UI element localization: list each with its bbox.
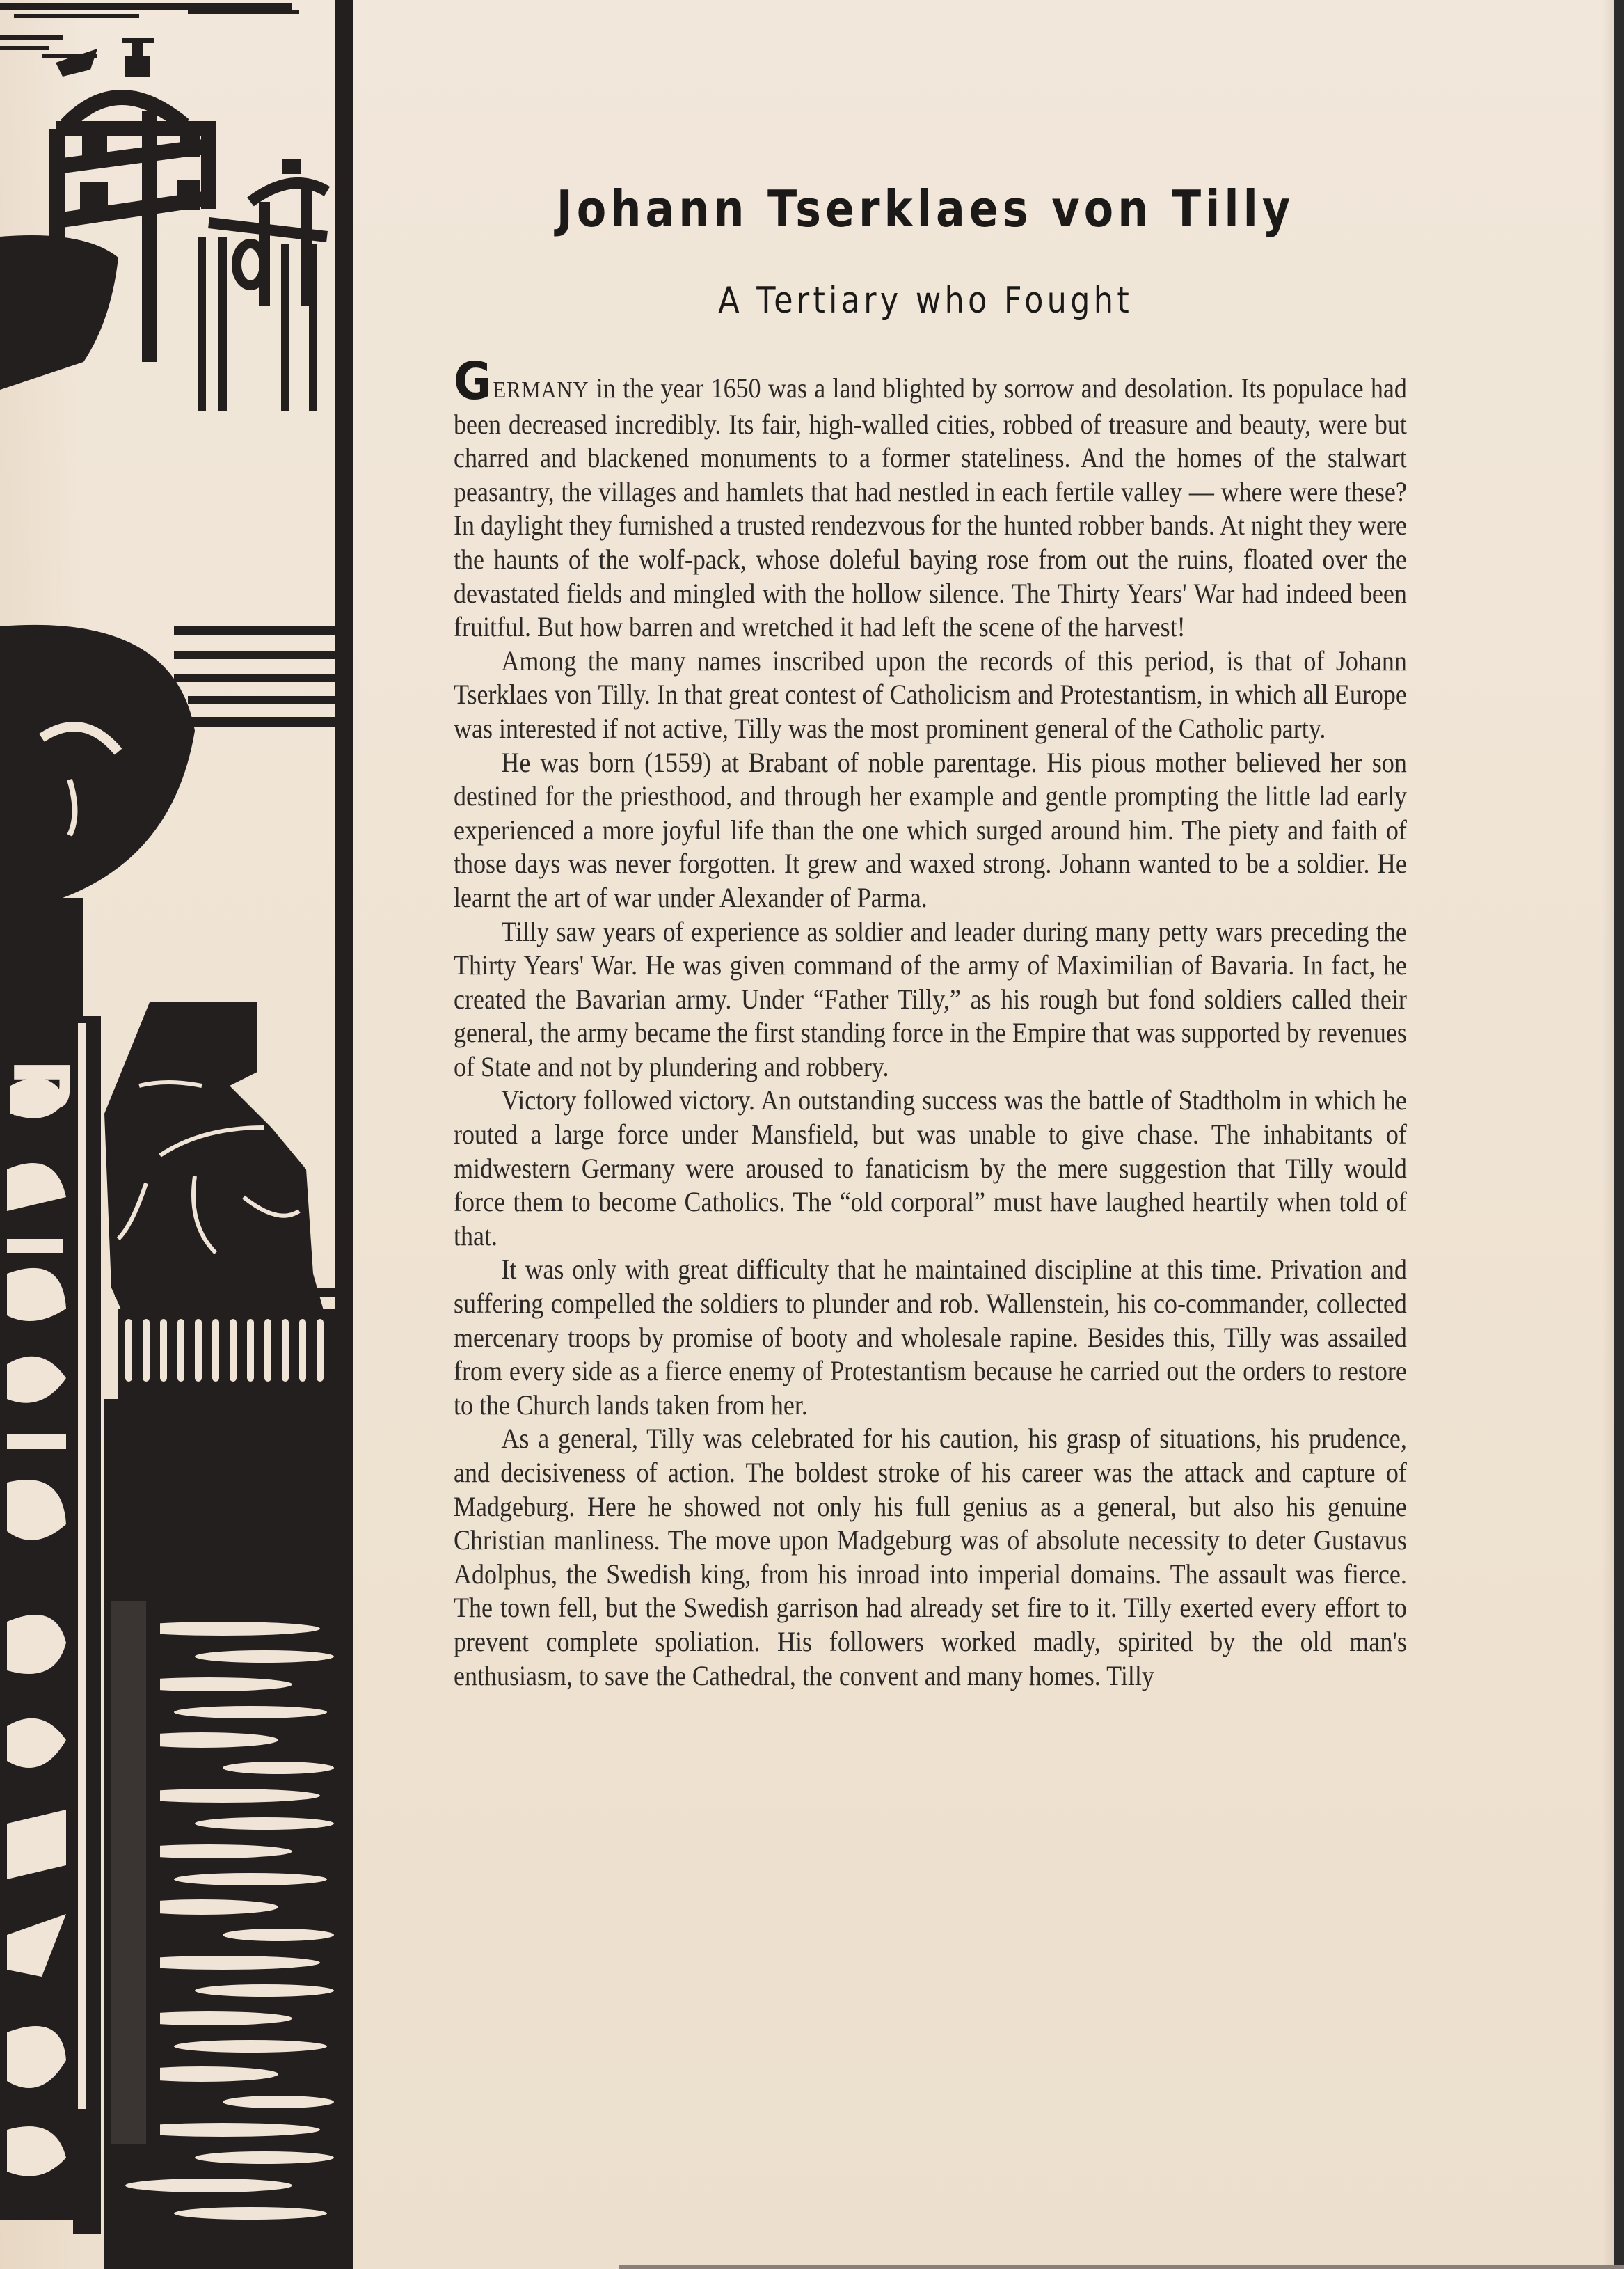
scanned-page: R: [0, 0, 1624, 2269]
paragraph-4: Tilly saw years of experience as soldier…: [454, 915, 1407, 1084]
article-subtitle: A Tertiary who Fought: [513, 280, 1339, 322]
page-edge: [1614, 0, 1624, 2269]
article-body: GERMANY in the year 1650 was a land blig…: [454, 367, 1407, 1693]
paragraph-7: As a general, Tilly was celebrated for h…: [454, 1422, 1407, 1693]
paragraph-2: Among the many names inscribed upon the …: [454, 645, 1407, 746]
drop-cap: G: [454, 351, 492, 411]
paragraph-1-text: in the year 1650 was a land blighted by …: [454, 372, 1407, 642]
paragraph-6: It was only with great difficulty that h…: [454, 1253, 1407, 1422]
paragraph-3: He was born (1559) at Brabant of noble p…: [454, 746, 1407, 915]
article-title: Johann Tserklaes von Tilly: [513, 180, 1339, 238]
woodcut-illustration: R: [0, 0, 379, 2269]
paragraph-5: Victory followed victory. An outstanding…: [454, 1084, 1407, 1253]
page-bottom-edge: [619, 2265, 1624, 2269]
woodcut-artwork: R: [0, 0, 379, 2269]
paragraph-1: GERMANY in the year 1650 was a land blig…: [454, 367, 1407, 645]
first-word-smallcaps: ERMANY: [493, 377, 589, 403]
page-fold-shadow: [1602, 0, 1614, 2269]
